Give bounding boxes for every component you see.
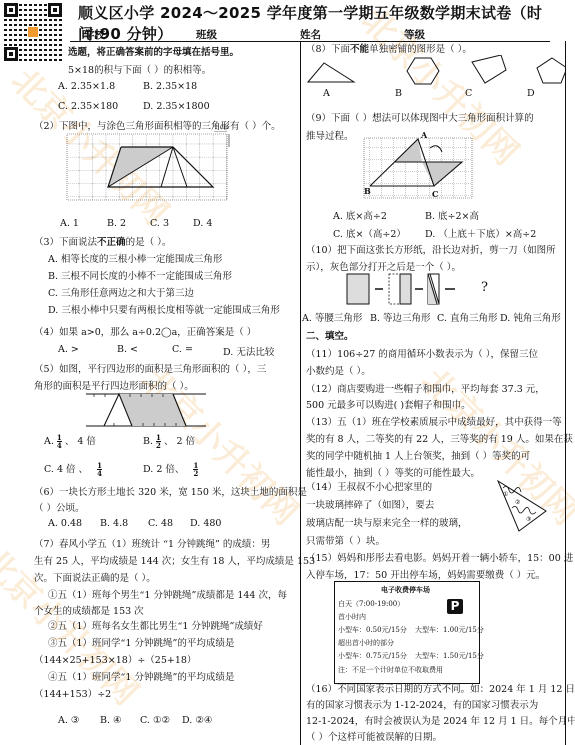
q9-point-b: B (364, 186, 371, 196)
q7-option-b: B. ④ (100, 715, 122, 726)
q4-option-c: C. = (172, 344, 193, 355)
q9-grid-figure (358, 136, 478, 202)
section1-instruction: 选题，将正确答案前的字母填在括号里。 (68, 44, 239, 58)
q7-line-2: 生有 25 人，平均成绩是 144 次；女生有 18 人，平均成绩是 153 (34, 553, 315, 567)
q5-option-a: A. 14 、 4 倍 (44, 433, 96, 449)
q5-option-d: D. 2 倍、 12 (143, 461, 198, 477)
q4-text: （4）如果 a>0，那么 a÷0.2◯a，正确答案是（ ） (34, 324, 256, 338)
q10-question-mark: ? (481, 280, 488, 295)
q10-text-1: （10）把下面这张长方形纸，沿长边对折，剪一刀（如图所 (306, 242, 556, 256)
q9-option-c: C. 底×（高÷2） (333, 226, 406, 240)
q15-line-2: 入停车场，17：50 开出停车场，妈妈需要缴费（ ）元。 (306, 567, 545, 581)
q10-option-b: B. 等边三角形 (370, 310, 431, 324)
q2-option-d: D. 4 (193, 218, 212, 229)
svg-text:③: ③ (526, 516, 531, 523)
q2-scale-label: 1 cm (214, 124, 229, 131)
section2-heading: 二、填空。 (306, 328, 354, 342)
q10-text-2: 示），灰色部分打开之后是一个（ ）。 (306, 259, 461, 273)
q13-line-3: 奖的同学中随机抽 1 人上台领奖，抽到（ ）等奖的可 (306, 448, 530, 462)
q3-option-a: A. 相等长度的三根小棒一定能围成三角形 (48, 251, 222, 265)
q8-label-a: A (323, 88, 330, 99)
parking-note: 注：不足一个计时单位不收取费用 (338, 665, 443, 675)
q14-line-3: 玻璃店配一块与原来完全一样的玻璃， (306, 515, 468, 529)
q13-line-1: （13）五（1）班在学校素质展示中成绩最好，其中获得一等 (306, 414, 562, 428)
q7-statement-4: ④五（1）班同学“1 分钟跳绳”的平均成绩是 (48, 669, 234, 683)
q8-text: （8）下面不能单独密铺的图形是（ ）。 (306, 41, 472, 55)
q7-statement-3: ③五（1）班同学“1 分钟跳绳”的平均成绩是 (48, 635, 234, 649)
q6-option-b: B. 4.8 (100, 518, 128, 529)
q7-statement-1b: 个女生的成绩都是 153 次 (34, 603, 144, 617)
q7-option-d: D. ②④ (182, 715, 212, 726)
q5-option-b: B. 12 、 2 倍 (143, 433, 195, 449)
q9-text-2: 推导过程。 (306, 128, 354, 142)
q9-text-1: （9）下面（ ）想法可以体现图中大三角形面积计算的 (306, 110, 534, 124)
q8-shapes (305, 55, 565, 85)
q9-option-b: B. 底÷2×高 (425, 208, 479, 222)
q13-line-2: 奖的有 8 人，二等奖的有 22 人，三等奖的有 19 人。如果在获 (306, 431, 573, 445)
q7-option-c: C. ①② (140, 715, 170, 726)
q14-line-4: 只需带第（ ）块。 (306, 533, 385, 547)
q3-text: （3）下面说法不正确的是（ ）。 (34, 234, 171, 248)
q13-line-4: 能性最小，抽到（ ）等奖的可能性最大。 (306, 465, 480, 479)
parking-large-first: 大型车：1.00元/15分 (415, 625, 484, 635)
q9-point-a: A (421, 130, 427, 140)
parking-fee-sign: 电子收费停车场 P 白天（7:00-19:00） 首小时内 小型车：0.50元/… (334, 581, 480, 684)
field-grade: 等级 (404, 27, 425, 42)
q6-option-c: C. 48 (148, 518, 173, 529)
q12-line-1: （12）商店要购进一些帽子和围巾，平均每套 37.3 元， (306, 381, 545, 395)
parking-first-hour: 首小时内 (338, 612, 366, 622)
parking-small-first: 小型车：0.50元/15分 (338, 625, 407, 635)
q16-line-4: （ ）个这样可能被误解的日期。 (306, 729, 442, 743)
q6-option-d: D. 480 (190, 518, 221, 529)
q3-option-c: C. 三角形任意两边之和大于第三边 (48, 285, 194, 299)
q1-option-d: D. 2.35×1800 (143, 101, 210, 112)
parking-daytime: 白天（7:00-19:00） (338, 599, 404, 609)
q4-option-d: D. 无法比较 (223, 344, 274, 358)
qr-code (4, 3, 62, 61)
q5-text-1: （5）如图，平行四边形的面积是三角形面积的（ ），三 (34, 361, 266, 375)
q7-statement-3b: （144×25+153×18）÷（25+18） (34, 652, 196, 666)
q2-grid-figure (66, 131, 246, 211)
right-border (565, 41, 566, 745)
q8-label-d: D (527, 88, 535, 99)
q3-option-b: B. 三根不同长度的小棒不一定能围成三角形 (48, 268, 232, 282)
q7-option-a: A. ③ (58, 715, 79, 726)
q10-option-c: C. 直角三角形 (437, 310, 497, 324)
column-divider (300, 41, 301, 745)
q7-statement-1: ①五（1）班每个男生“1 分钟跳绳”成绩都是 144 次，每 (48, 587, 287, 601)
q10-folding-figure (345, 272, 495, 306)
q7-line-3: 次。下面说法正确的是（ ）。 (34, 570, 156, 584)
field-school: 学校 (84, 27, 105, 42)
q6-text-1: （6）一块长方形土地长 320 米，宽 150 米，这块土地的面积是 (34, 484, 307, 498)
q8-label-c: C (465, 88, 472, 99)
q9-point-c: C (432, 189, 438, 199)
parking-small-extra: 小型车：0.75元/15分 (338, 651, 407, 661)
q6-text-2: （ ）公顷。 (34, 500, 85, 514)
q10-option-a: A. 等腰三角形 (302, 310, 362, 324)
parking-large-extra: 大型车：1.50元/15分 (415, 651, 484, 661)
field-name: 姓名 (300, 27, 321, 42)
q8-label-b: B (395, 88, 402, 99)
field-class: 班级 (196, 27, 217, 42)
q2-option-a: A. 1 (60, 218, 79, 229)
q6-option-a: A. 0.48 (48, 518, 82, 529)
q12-line-2: 500 元最多可以购进( )套帽子和围巾。 (306, 397, 471, 411)
svg-text:②: ② (515, 499, 520, 506)
q9-option-d: D. （上底＋下底）×高÷2 (425, 226, 536, 240)
q1-option-b: B. 2.35×18 (143, 81, 197, 92)
q16-line-1: （16）不同国家表示日期的方式不同。如：2024 年 1 月 12 日， (306, 681, 575, 695)
q15-line-1: （15）妈妈和彤彤去看电影。妈妈开着一辆小轿车，15：00 进 (306, 550, 573, 564)
q7-statement-2: ②五（1）班每名女生都比男生“1 分钟跳绳”成绩好 (48, 618, 263, 632)
logo-icon (28, 27, 38, 37)
q16-line-3: 12-1-2024，有时会被误认为是 2024 年 12 月 1 日。每个月中有 (306, 713, 575, 727)
q16-line-2: 有的国家习惯表示为 1-12-2024，有的国家习惯表示为 (306, 697, 538, 711)
parking-extra: 超出首小时的部分 (338, 638, 394, 648)
q14-line-1: （14）王叔叔不小心把家里的 (306, 479, 432, 493)
q11-line-1: （11）106÷27 的商用循环小数表示为（ ），保留三位 (306, 346, 538, 360)
q5-option-c: C. 4 倍 、 14 (44, 461, 102, 477)
q10-option-d: D. 钝角三角形 (500, 310, 561, 324)
q1-option-a: A. 2.35×1.8 (58, 81, 115, 92)
q14-broken-glass-figure: ① ② ③ (495, 478, 551, 534)
parking-title: 电子收费停车场 (381, 585, 430, 595)
q7-line-1: （7）春风小学五（1）班统计 “1 分钟跳绳” 的成绩：男 (34, 536, 270, 550)
page-title: 顺义区小学 2024～2025 学年度第一学期五年级数学期末试卷（时间:90 分… (78, 2, 575, 44)
q5-parallel-figure (84, 390, 208, 430)
q11-line-2: 小数约是（ ）。 (306, 363, 371, 377)
q9-option-a: A. 底×高÷2 (333, 208, 387, 222)
q4-option-a: A. > (58, 344, 79, 355)
q7-statement-4b: （144+153）÷2 (34, 686, 111, 700)
q2-text: （2）下图中，与涂色三角形面积相等的三角形有（ ）个。 (34, 118, 281, 132)
q2-option-c: C. 3 (150, 218, 169, 229)
q14-line-2: 一块玻璃摔碎了（如图），要去 (306, 497, 434, 511)
parking-p-icon: P (447, 599, 463, 614)
q1-option-c: C. 2.35×180 (58, 101, 118, 112)
q2-option-b: B. 2 (107, 218, 126, 229)
q1-text: 5×18的积与下面（ ）的积相等。 (68, 62, 211, 76)
q4-option-b: B. < (117, 344, 138, 355)
q3-option-d: D. 三根小棒中只要有两根长度相等就一定能围成三角形 (48, 302, 280, 316)
svg-text:①: ① (503, 491, 508, 498)
